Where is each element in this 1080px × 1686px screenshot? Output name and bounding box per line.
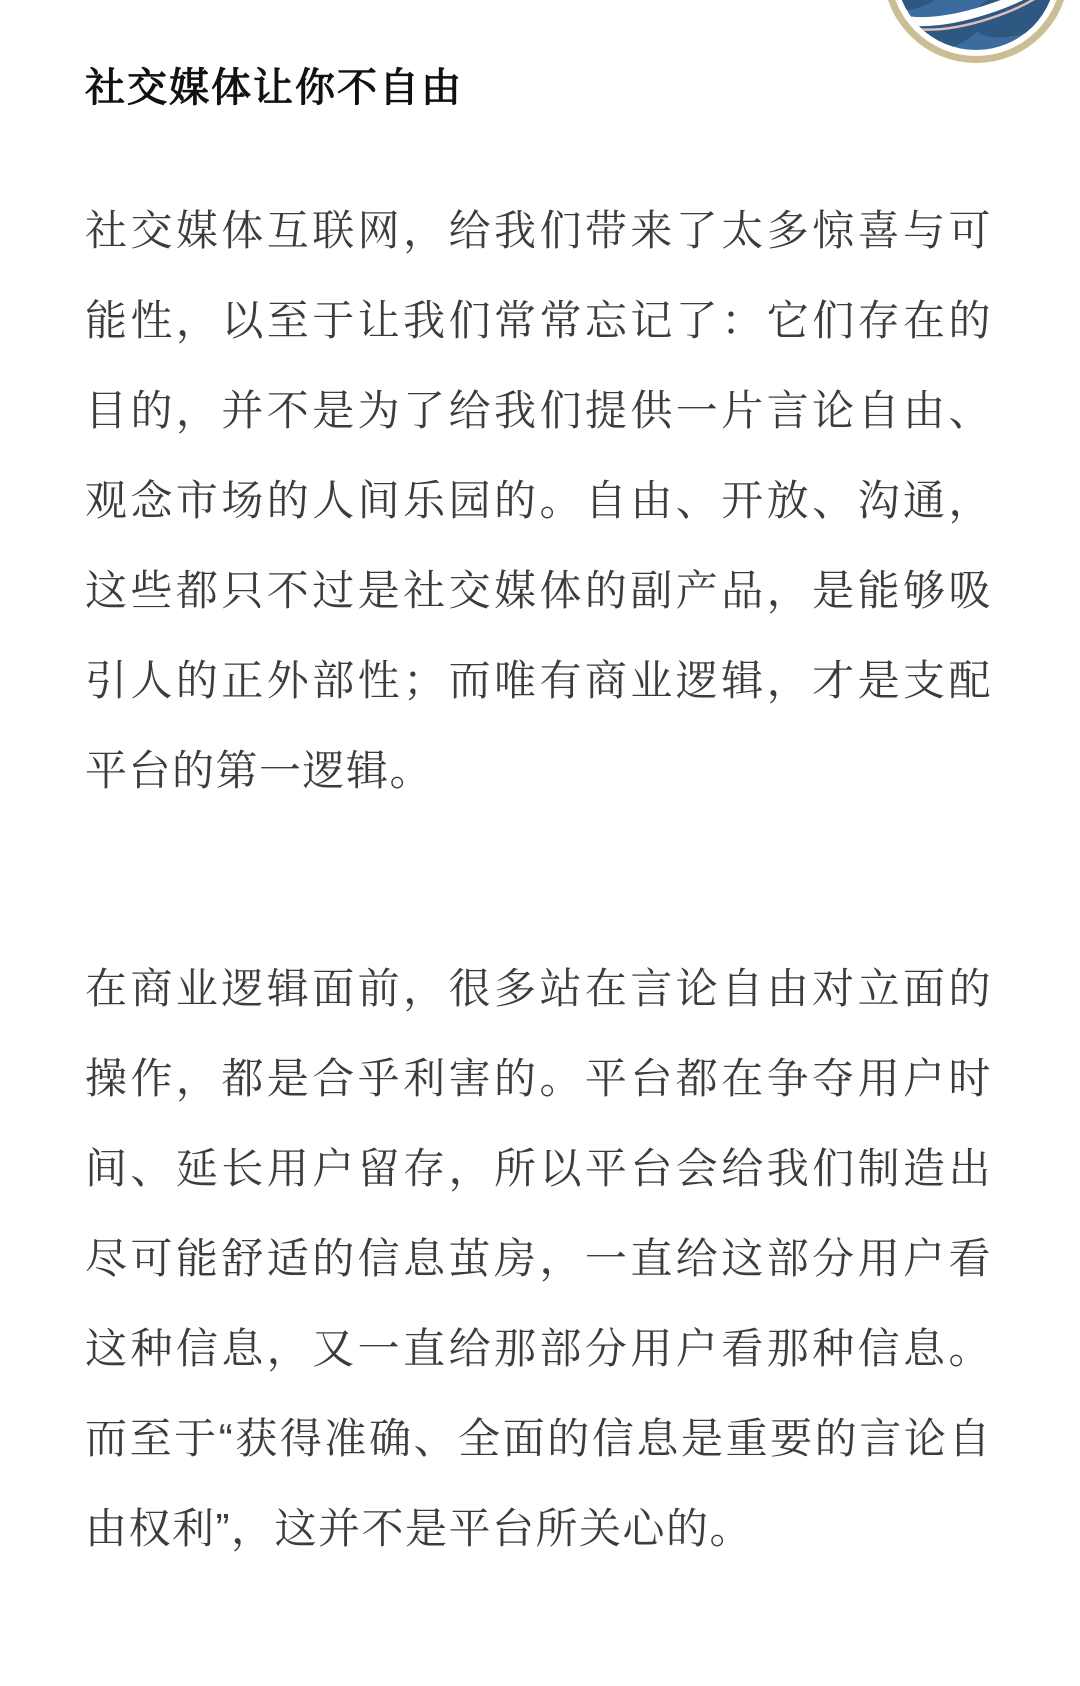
article-page: 社交媒体让你不自由 社交媒体互联网，给我们带来了太多惊喜与可能性，以至于让我们常… [0, 0, 1080, 1686]
globe-logo-svg [876, 0, 1076, 70]
paragraph-1: 社交媒体互联网，给我们带来了太多惊喜与可能性，以至于让我们常常忘记了：它们存在的… [85, 186, 992, 816]
article-title: 社交媒体让你不自由 [85, 64, 992, 112]
article-content: 社交媒体让你不自由 社交媒体互联网，给我们带来了太多惊喜与可能性，以至于让我们常… [0, 0, 1080, 1574]
paragraph-2: 在商业逻辑面前，很多站在言论自由对立面的操作，都是合乎利害的。平台都在争夺用户时… [85, 944, 992, 1574]
globe-logo-icon [876, 0, 1076, 70]
